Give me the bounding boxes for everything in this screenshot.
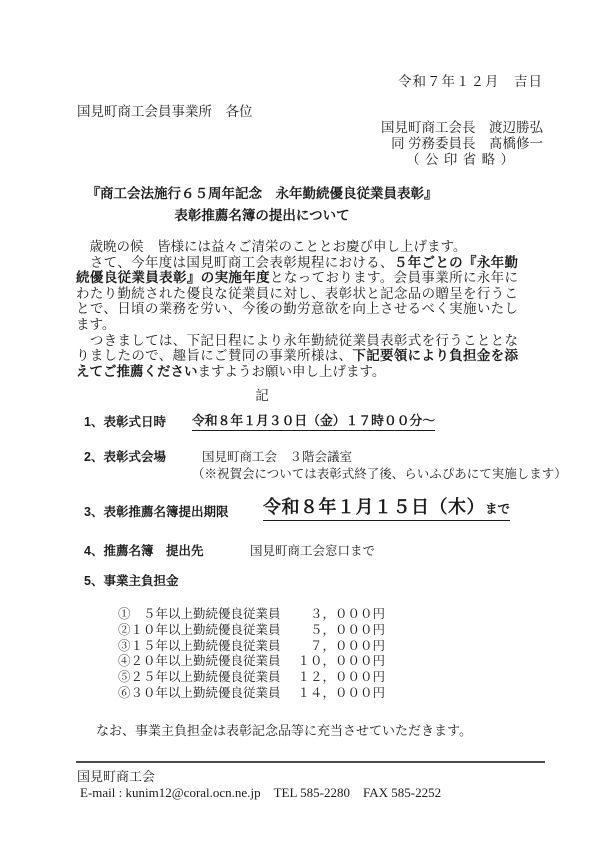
item1-value-ceremony-datetime: 令和８年１月３０日（金）１７時００分～ [192,410,435,431]
title-line-1: 『商工会法施行６５周年記念 永年勤続優良従業員表彰』 [0,183,524,205]
footer-divider [76,761,545,763]
document-page: 令和７年１２月 吉日 国見町商工会員事業所 各位 国見町商工会長 渡辺勝弘 同 … [0,0,596,843]
fee-label: ④２０年以上勤続優良従業員 [118,651,281,667]
fee-amount: ５，０００円 [310,620,385,636]
fee-label: ⑥３０年以上勤続優良従業員 [118,683,281,699]
fee-label: ③１５年以上勤続優良従業員 [118,636,281,652]
fee-table: ① ５年以上勤続優良従業員 ３，０００円 ②１０年以上勤続優良従業員 ５，０００… [118,604,385,699]
fee-amount: １０，０００円 [297,651,385,667]
item3-value-deadline: 令和８年１月１５日（木）まで [263,493,510,521]
document-title: 『商工会法施行６５周年記念 永年勤続優良従業員表彰』 表彰推薦名簿の提出について [0,183,524,227]
paragraph-2: さて、今年度は国見町商工会表彰規程における、５年ごとの『永年勤続優良従業員表彰』… [76,255,518,333]
item3-deadline-date: 令和８年１月１５日（木） [263,497,485,517]
fee-label: ① ５年以上勤続優良従業員 [118,604,281,620]
p2-pre: さて、今年度は国見町商工会表彰規程における、 [76,255,394,270]
item2-value-venue: 国見町商工会 ３階会議室 [202,447,352,465]
fee-amount: １２，０００円 [297,667,385,683]
fee-label: ⑤２５年以上勤続優良従業員 [118,667,281,683]
fee-row-5years: ① ５年以上勤続優良従業員 ３，０００円 [118,604,385,620]
fee-amount: ７，０００円 [310,636,385,652]
sender-block: 国見町商工会長 渡辺勝弘 同 労務委員長 髙橋修一 （ 公 印 省 略 ） [381,120,543,167]
fee-row-25years: ⑤２５年以上勤続優良従業員 １２，０００円 [118,667,385,683]
fee-row-10years: ②１０年以上勤続優良従業員 ５，０００円 [118,620,385,636]
item3-deadline-suffix: まで [485,502,510,516]
fee-amount: １４，０００円 [297,683,385,699]
greeting-paragraph: 歳晩の候 皆様には益々ご清栄のこととお慶び申し上げます。 [76,239,518,255]
sender-president: 国見町商工会長 渡辺勝弘 [381,120,543,136]
item2-label: 2、表彰式会場 [84,447,166,465]
fee-label: ②１０年以上勤続優良従業員 [118,620,281,636]
item4-label: 4、推薦名簿 提出先 [84,541,203,559]
paragraph-3: つきましては、下記日程により永年勤続従業員表彰式を行うこととなりましたので、趣旨… [76,333,518,380]
title-line-2: 表彰推薦名簿の提出について [0,205,524,227]
fee-row-20years: ④２０年以上勤続優良従業員 １０，０００円 [118,651,385,667]
item2-note-celebration: （※祝賀会については表彰式終了後、らいふぴあにて実施します） [192,464,567,482]
item1-label: 1、表彰式日時 [84,412,166,430]
footer-contact-info: E-mail : kunim12@coral.ocn.ne.jp TEL 585… [80,782,441,801]
fee-amount: ３，０００円 [310,604,385,620]
p3-post: ますようお願い申し上げます。 [198,364,386,379]
greeting-text: 歳晩の候 皆様には益々ご清栄のこととお慶び申し上げます。 [76,239,466,254]
recipient-line: 国見町商工会員事業所 各位 [77,100,253,120]
fee-row-30years: ⑥３０年以上勤続優良従業員 １４，０００円 [118,683,385,699]
fee-row-15years: ③１５年以上勤続優良従業員 ７，０００円 [118,636,385,652]
item5-label-employer-fee: 5、事業主負担金 [84,571,178,589]
seal-omitted-note: （ 公 印 省 略 ） [381,152,543,168]
body-text: 歳晩の候 皆様には益々ご清栄のこととお慶び申し上げます。 さて、今年度は国見町商… [76,239,518,379]
item3-label: 3、表彰推薦名簿提出期限 [84,502,228,520]
fee-usage-note: なお、事業主負担金は表彰記念品等に充当させていただきます。 [96,720,472,739]
ki-marker: 記 [0,384,524,404]
sender-labor-chair: 同 労務委員長 髙橋修一 [381,136,543,152]
item4-value-submission-place: 国見町商工会窓口まで [250,541,375,559]
date-line: 令和７年１２月 吉日 [398,70,543,90]
